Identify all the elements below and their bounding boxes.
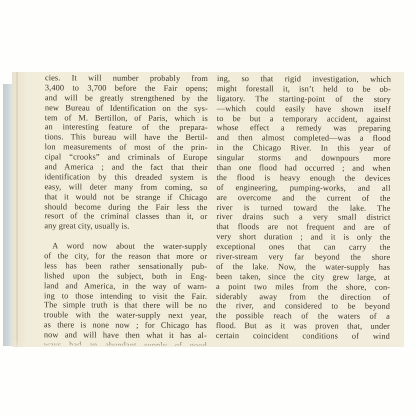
text-line: new Bureau of Identification on the sys- xyxy=(45,103,208,114)
text-line: a point two miles from the shore, con- xyxy=(216,282,390,293)
text-line: and America ; and the fact that their xyxy=(45,162,208,173)
text-line: —which could easily have shown itself xyxy=(217,104,391,115)
text-line: certain coincident conditions of wind xyxy=(216,331,390,342)
text-line: been taken, since the city grew large, a… xyxy=(216,272,390,283)
text-line: might forestall it, isn’t held to be ob- xyxy=(217,84,391,95)
text-line: the flood is heavy enough the devices xyxy=(217,173,391,184)
text-line: less has been rather sensationally pub- xyxy=(44,261,207,272)
text-line: are overcome and the current of the xyxy=(216,193,390,204)
right-text-column: ing, so that rigid investigation, whichm… xyxy=(216,74,391,342)
text-line: identification by this dreaded system is xyxy=(45,172,208,183)
scan-background: cies. It will number probably from3,400 … xyxy=(0,0,416,416)
scanned-page: cies. It will number probably from3,400 … xyxy=(12,72,404,347)
text-line: ing, so that rigid investigation, which xyxy=(217,74,391,85)
text-line: that it would not be strange if Chicago xyxy=(44,192,207,203)
text-line: of engineering, pumping-works, and all xyxy=(216,183,390,194)
left-text-column: cies. It will number probably from3,400 … xyxy=(44,73,208,346)
text-line: lished upon the subject, both in Eng- xyxy=(44,271,207,282)
text-line: than one flood had occurred ; and when xyxy=(217,163,391,174)
text-line: of the lake. Now, the water-supply has xyxy=(216,262,390,273)
clipped-text-line: ways had an abundant supply of good xyxy=(44,340,207,346)
text-line: land and America, in the way of warn- xyxy=(44,281,207,292)
text-line: of the city, for the reason that more or xyxy=(44,251,207,262)
text-line: cies. It will number probably from xyxy=(45,73,208,84)
text-line: ligatory. The starting-point of the stor… xyxy=(217,94,391,105)
text-line: and will be greatly strengthened by the xyxy=(45,93,208,104)
text-line: river-stream very far beyond the shore xyxy=(216,252,390,263)
text-line: easy, will deter many from coming, so xyxy=(44,182,207,193)
text-line: 3,400 to 3,700 before the Fair opens; xyxy=(45,83,208,94)
text-columns: cies. It will number probably from3,400 … xyxy=(12,72,404,347)
text-line: any great city, usually is. xyxy=(44,222,207,233)
